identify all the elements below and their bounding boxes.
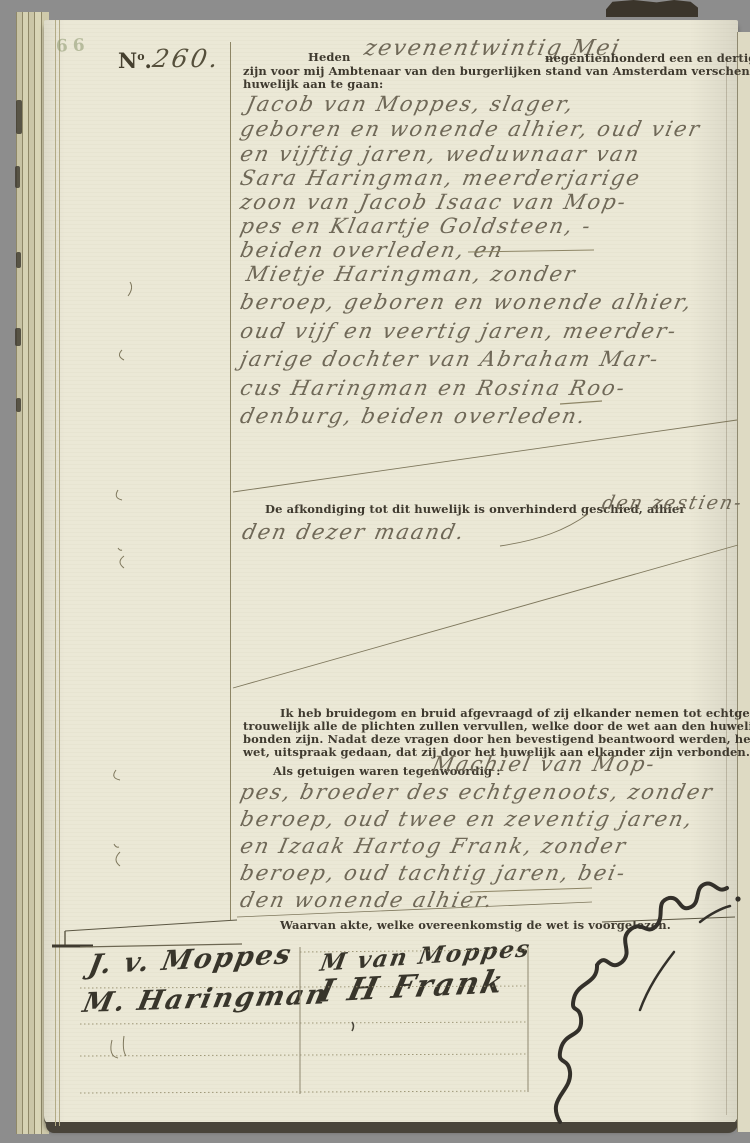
announcement-handwritten-1: den zestien-	[600, 492, 745, 514]
closing-printed: Waarvan akte, welke overeenkomstig de we…	[280, 918, 671, 932]
header-line3: huwelijk aan te gaan:	[243, 77, 383, 91]
declaration-line: trouwelijk alle de plichten zullen vervu…	[243, 719, 750, 733]
witness-line: pes, broeder des echtgenoots, zonder	[238, 780, 716, 804]
witnesses-handwritten-inline: Machiel van Mop-	[430, 752, 658, 776]
bookmark-tab	[606, 0, 698, 17]
act-number-label: No.	[118, 48, 152, 73]
facing-page-edge	[737, 32, 750, 1132]
page-number-stamp: 66	[56, 35, 90, 56]
page-crease	[726, 60, 727, 1115]
form-column-rule	[230, 42, 231, 920]
header-line2: zijn voor mij Ambtenaar van den burgerli…	[243, 64, 750, 78]
header-year: negentienhonderd een en dertig,	[545, 51, 750, 65]
declaration-line: bonden zijn. Nadat deze vragen door hen …	[243, 732, 750, 746]
bride-line: beroep, geboren en wonende alhier,	[238, 290, 695, 314]
announcement-handwritten-2: den dezer maand.	[240, 520, 468, 544]
ordinal-superscript: o	[137, 50, 144, 63]
groom-line: zoon van Jacob Isaac van Mop-	[238, 190, 630, 214]
groom-line: Sara Haringman, meerderjarige	[238, 166, 643, 190]
witness-line: beroep, oud tachtig jaren, bei-	[238, 861, 629, 885]
witness-line: den wonende alhier.	[238, 888, 496, 912]
bride-line: oud vijf en veertig jaren, meerder-	[238, 319, 680, 343]
marriage-certificate-scan: 66 No. 260. Heden zevenentwintig Mei neg…	[0, 0, 750, 1143]
act-number-handwritten: 260.	[150, 44, 223, 73]
bride-line: cus Haringman en Rosina Roo-	[238, 376, 629, 400]
bride-line: Mietje Haringman, zonder	[244, 262, 579, 286]
header-heden: Heden	[308, 50, 350, 64]
margin-rule	[59, 20, 60, 1126]
declaration-line: Ik heb bruidegom en bruid afgevraagd of …	[280, 706, 750, 720]
groom-line: Jacob van Moppes, slager,	[244, 92, 577, 116]
groom-line: beiden overleden, en	[238, 238, 507, 262]
witness-line: en Izaak Hartog Frank, zonder	[238, 834, 629, 858]
bride-line: jarige dochter van Abraham Mar-	[238, 347, 662, 371]
witness-line: beroep, oud twee en zeventig jaren,	[238, 807, 696, 831]
margin-rule	[55, 20, 56, 1126]
bride-line: denburg, beiden overleden.	[238, 404, 589, 428]
groom-line: geboren en wonende alhier, oud vier	[238, 117, 703, 141]
groom-line: en vijftig jaren, weduwnaar van	[238, 142, 643, 166]
groom-line: pes en Klaartje Goldsteen, -	[238, 214, 594, 238]
page-bottom-shadow	[46, 1122, 738, 1133]
